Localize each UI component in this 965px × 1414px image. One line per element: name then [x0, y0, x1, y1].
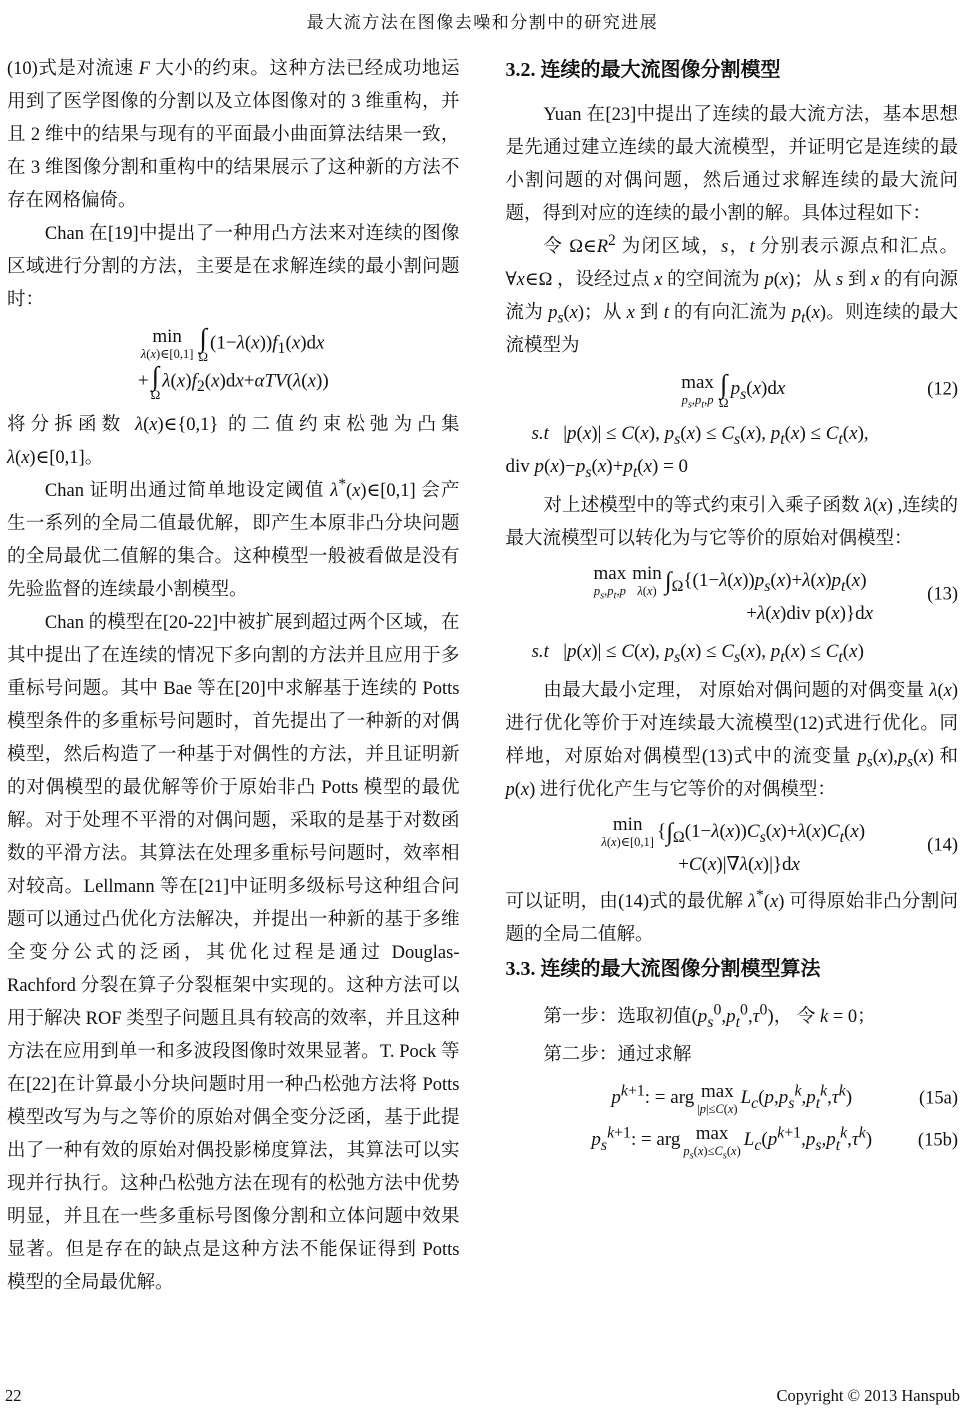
formula-14: minλ(x)∈[0,1]{∫Ω(1−λ(x))Cs(x)+λ(x)Ct(x)+… — [598, 854, 865, 875]
paper-page: 最大流方法在图像去噪和分割中的研究进展 (10)式是对流速 F 大小的约束。这种… — [0, 0, 965, 1414]
two-column-layout: (10)式是对流速 F 大小的约束。这种方法已经成功地运用到了医学图像的分割以及… — [5, 53, 960, 1300]
constraints-12: s.t |p(x)| ≤ C(x), ps(x) ≤ Cs(x), pt(x) … — [506, 417, 959, 484]
equation-number-12: (12) — [927, 377, 958, 404]
section-heading-3-2: 3.2. 连续的最大流图像分割模型 — [506, 57, 959, 83]
algorithm-steps: 第一步：选取初值(ps0,pt0,τ0)， 令 k = 0； 第二步：通过求解 — [506, 998, 959, 1074]
paragraph-chan-threshold: Chan 证明出通过简单地设定阈值 λ*(x)∈[0,1] 会产生一系列的全局二… — [7, 475, 460, 607]
paragraph-domain-setup: 令 Ω∈R2 为闭区域，s，t 分别表示源点和汇点。∀x∈Ω ，设经过点 x 的… — [506, 231, 959, 363]
paragraph-minimax: 由最大最小定理， 对原始对偶问题的对偶变量 λ(x) 进行优化等价于对连续最大流… — [506, 675, 959, 807]
paragraph-extensions: Chan 的模型在[20-22]中被扩展到超过两个区域，在其中提出了在连续的情况… — [7, 607, 460, 1300]
equation-13: maxps,pt,pminλ(x)∫Ω{(1−λ(x))ps(x)+λ(x)pt… — [506, 564, 959, 628]
equation-number-14: (14) — [927, 833, 958, 860]
right-column: 3.2. 连续的最大流图像分割模型 Yuan 在[23]中提出了连续的最大流方法… — [506, 53, 959, 1300]
equation-number-15a: (15a) — [919, 1086, 958, 1113]
paragraph-binary-solution: 可以证明，由(14)式的最优解 λ*(x) 可得原始非凸分割问题的全局二值解。 — [506, 886, 959, 952]
constraints-13: s.t |p(x)| ≤ C(x), ps(x) ≤ Cs(x), pt(x) … — [506, 635, 959, 668]
paragraph-chan-19: Chan 在[19]中提出了一种用凸方法来对连续的图像区域进行分割的方法，主要是… — [7, 218, 460, 317]
formula-15b: psk+1: = argmaxps(x)≤Cs(x)Lc(pk+1,ps,ptk… — [591, 1129, 872, 1150]
equation-12: maxps,pt,p∫Ωps(x)dx (12) — [506, 371, 959, 409]
equation-chan-mincut: minλ(x)∈[0,1]∫Ω(1−λ(x))f1(x)dx+∫Ωλ(x)f2(… — [7, 325, 460, 401]
equation-14: minλ(x)∈[0,1]{∫Ω(1−λ(x))Cs(x)+λ(x)Ct(x)+… — [506, 815, 959, 879]
paragraph-flow-constraint: (10)式是对流速 F 大小的约束。这种方法已经成功地运用到了医学图像的分割以及… — [7, 53, 460, 218]
page-number: 22 — [5, 1386, 22, 1406]
paragraph-yuan-23: Yuan 在[23]中提出了连续的最大流方法，基本思想是先通过建立连续的最大流模… — [506, 99, 959, 231]
copyright: Copyright © 2013 Hanspub — [777, 1386, 961, 1406]
section-heading-3-3: 3.3. 连续的最大流图像分割模型算法 — [506, 956, 959, 982]
algorithm-step-1: 第一步：选取初值(ps0,pt0,τ0)， 令 k = 0； — [506, 998, 959, 1036]
equation-15a: pk+1: = argmax|p|≤C(x)Lc(p,psk,ptk,τk) (… — [506, 1082, 959, 1116]
running-title: 最大流方法在图像去噪和分割中的研究进展 — [5, 8, 960, 33]
equation-number-15b: (15b) — [918, 1127, 958, 1154]
formula-15a: pk+1: = argmax|p|≤C(x)Lc(p,psk,ptk,τk) — [611, 1087, 852, 1108]
algorithm-step-2: 第二步：通过求解 — [506, 1036, 959, 1074]
equation-number-13: (13) — [927, 582, 958, 609]
formula-chan-mincut: minλ(x)∈[0,1]∫Ω(1−λ(x))f1(x)dx+∫Ωλ(x)f2(… — [138, 370, 329, 391]
page-footer: 22 Copyright © 2013 Hanspub — [5, 1386, 960, 1406]
formula-12: maxps,pt,p∫Ωps(x)dx — [678, 378, 785, 399]
left-column: (10)式是对流速 F 大小的约束。这种方法已经成功地运用到了医学图像的分割以及… — [7, 53, 460, 1300]
paragraph-relaxation: 将分拆函数 λ(x)∈{0,1} 的二值约束松弛为凸集 λ(x)∈[0,1]。 — [7, 409, 460, 475]
formula-13: maxps,pt,pminλ(x)∫Ω{(1−λ(x))ps(x)+λ(x)pt… — [590, 603, 873, 624]
equation-15b: psk+1: = argmaxps(x)≤Cs(x)Lc(pk+1,ps,ptk… — [506, 1124, 959, 1158]
paragraph-multiplier: 对上述模型中的等式约束引入乘子函数 λ(x) ,连续的最大流模型可以转化为与它等… — [506, 490, 959, 556]
